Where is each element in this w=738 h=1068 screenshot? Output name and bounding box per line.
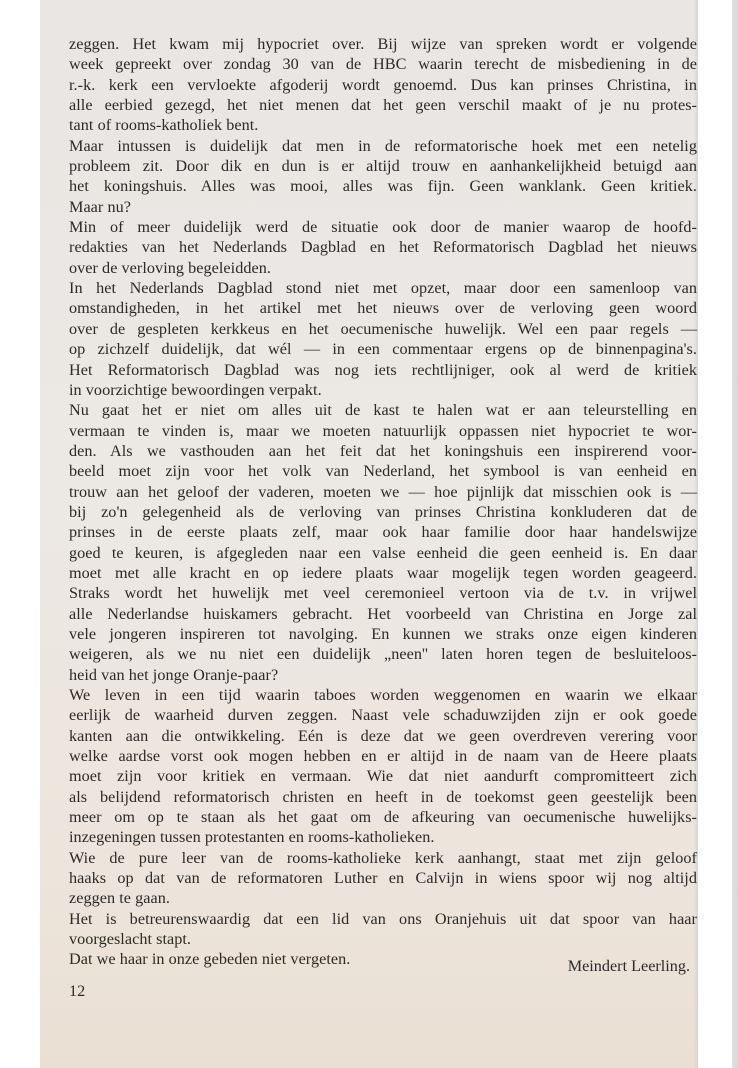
text-line: Min of meer duidelijk werd de situatie o… xyxy=(69,217,697,237)
text-line: vele jongeren inspireren tot navolging. … xyxy=(69,624,697,644)
text-line: weigeren, als we nu niet een duidelijk „… xyxy=(69,644,697,664)
article-body-text: zeggen. Het kwam mij hypocriet over. Bij… xyxy=(69,34,697,970)
text-line: in voorzichtige bewoordingen verpakt. xyxy=(69,380,697,400)
text-line: trouw aan het geloof der vaderen, moeten… xyxy=(69,482,697,502)
text-line: zeggen. Het kwam mij hypocriet over. Bij… xyxy=(69,34,697,54)
text-line: welke aardse vorst ook mogen hebben en e… xyxy=(69,746,697,766)
text-line: goed te keuren, is afgegleden naar een v… xyxy=(69,543,697,563)
text-line: moet zijn voor kritiek en vermaan. Wie d… xyxy=(69,766,697,786)
text-line: Straks wordt het huwelijk met veel cerem… xyxy=(69,583,697,603)
text-line: bij zo'n gelegenheid als de verloving va… xyxy=(69,502,697,522)
text-line: den. Als we vasthouden aan het feit dat … xyxy=(69,441,697,461)
text-line: kanten aan die ontwikkeling. Eén is deze… xyxy=(69,726,697,746)
text-line: op zichzelf duidelijk, dat wél — in een … xyxy=(69,339,697,359)
text-line: moet met alle kracht en op iedere plaats… xyxy=(69,563,697,583)
text-line: het koningshuis. Alles was mooi, alles w… xyxy=(69,176,697,196)
text-line: Maar intussen is duidelijk dat men in de… xyxy=(69,136,697,156)
text-line: eerlijk de waarheid durven zeggen. Naast… xyxy=(69,705,697,725)
text-line: haaks op dat van de reformatoren Luther … xyxy=(69,868,697,888)
text-line: Nu gaat het er niet om alles uit de kast… xyxy=(69,400,697,420)
text-line: r.-k. kerk een vervloekte afgoderij word… xyxy=(69,75,697,95)
text-line: Wie de pure leer van de rooms-katholieke… xyxy=(69,848,697,868)
text-line: prinses in de eerste plaats zelf, maar o… xyxy=(69,522,697,542)
text-line: vermaan te vinden is, maar we moeten nat… xyxy=(69,421,697,441)
text-line: zeggen te gaan. xyxy=(69,888,697,908)
text-line: redakties van het Nederlands Dagblad en … xyxy=(69,237,697,257)
text-line: heid van het jonge Oranje-paar? xyxy=(69,665,697,685)
author-signature: Meindert Leerling. xyxy=(568,957,690,976)
text-line: We leven in een tijd waarin taboes worde… xyxy=(69,685,697,705)
text-line: alle Nederlandse huiskamers gebracht. He… xyxy=(69,604,697,624)
text-line: over de gespleten kerkkeus en het oecume… xyxy=(69,319,697,339)
text-line: probleem zit. Door dik en dun is er alti… xyxy=(69,156,697,176)
text-line: over de verloving begeleidden. xyxy=(69,258,697,278)
text-line: omstandigheden, in het artikel met het n… xyxy=(69,298,697,318)
text-line: tant of rooms-katholiek bent. xyxy=(69,115,697,135)
text-line: voorgeslacht stapt. xyxy=(69,929,697,949)
text-line: week gepreekt over zondag 30 van de HBC … xyxy=(69,54,697,74)
text-line: als belijdend reformatorisch christen en… xyxy=(69,787,697,807)
text-line: In het Nederlands Dagblad stond niet met… xyxy=(69,278,697,298)
text-line: inzegeningen tussen protestanten en room… xyxy=(69,827,697,847)
page-edge xyxy=(732,0,738,1068)
text-line: meer om op te staan als het gaat om de a… xyxy=(69,807,697,827)
text-line: beeld moet zijn voor het volk van Nederl… xyxy=(69,461,697,481)
text-line: alle eerbied gezegd, het niet menen dat … xyxy=(69,95,697,115)
page-number: 12 xyxy=(69,982,85,1001)
text-line: Het Reformatorisch Dagblad was nog iets … xyxy=(69,360,697,380)
text-line: Het is betreurenswaardig dat een lid van… xyxy=(69,909,697,929)
text-line: Maar nu? xyxy=(69,197,697,217)
